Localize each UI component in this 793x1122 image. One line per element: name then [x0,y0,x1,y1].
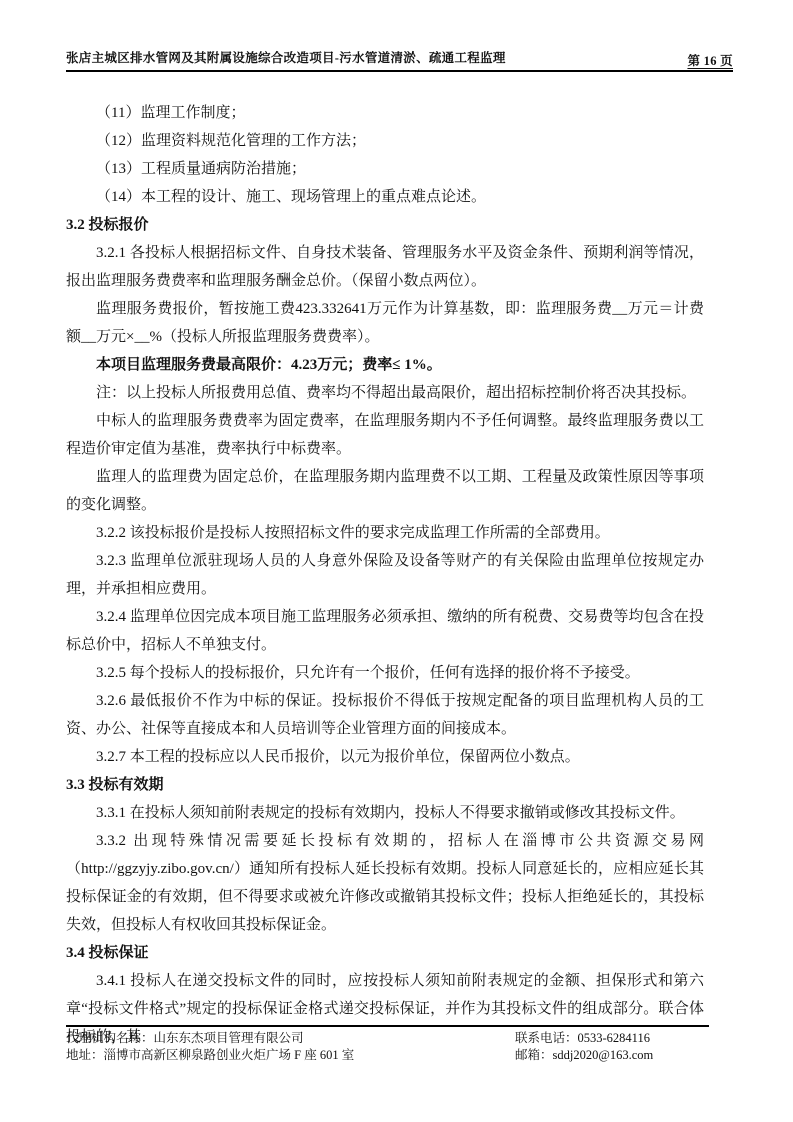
paragraph-3-3-1: 3.3.1 在投标人须知前附表规定的投标有效期内，投标人不得要求撤销或修改其投标… [66,799,704,827]
paragraph-3-2-5: 3.2.5 每个投标人的投标报价，只允许有一个报价，任何有选择的报价将不予接受。 [66,659,704,687]
document-body: （11）监理工作制度； （12）监理资料规范化管理的工作方法； （13）工程质量… [66,99,704,1051]
paragraph-fixed-rate: 中标人的监理服务费费率为固定费率，在监理服务期内不予任何调整。最终监理服务费以工… [66,407,704,463]
paragraph-3-2-3: 3.2.3 监理单位派驻现场人员的人身意外保险及设备等财产的有关保险由监理单位按… [66,547,704,603]
paragraph-3-2-1: 3.2.1 各投标人根据招标文件、自身技术装备、管理服务水平及资金条件、预期利润… [66,239,704,295]
section-heading-3-2: 3.2 投标报价 [66,211,704,239]
paragraph-3-3-2: 3.3.2 出现特殊情况需要延长投标有效期的，招标人在淄博市公共资源交易网（ht… [66,827,704,939]
footer-agency-name: 代理机构名称：山东东杰项目管理有限公司 [66,1030,515,1047]
document-page: { "doc": { "header": { "title": "张店主城区排水… [0,0,793,1122]
footer-address: 地址：淄博市高新区柳泉路创业火炬广场 F 座 601 室 [66,1047,515,1064]
page-header: 张店主城区排水管网及其附属设施综合改造项目-污水管道清淤、疏通工程监理 第 16… [66,48,733,72]
page-footer: 代理机构名称：山东东杰项目管理有限公司 联系电话：0533-6284116 地址… [66,1025,709,1063]
list-item-14: （14）本工程的设计、施工、现场管理上的重点难点论述。 [66,183,704,211]
paragraph-3-2-7: 3.2.7 本工程的投标应以人民币报价，以元为报价单位，保留两位小数点。 [66,743,704,771]
paragraph-fee-formula: 监理服务费报价，暂按施工费423.332641万元作为计算基数，即：监理服务费_… [66,295,704,351]
footer-phone: 联系电话：0533-6284116 [515,1030,709,1047]
header-page-number: 第 16 页 [687,51,733,69]
paragraph-price-limit: 本项目监理服务费最高限价：4.23万元；费率≤ 1%。 [66,351,704,379]
section-heading-3-4: 3.4 投标保证 [66,939,704,967]
paragraph-3-2-6: 3.2.6 最低报价不作为中标的保证。投标报价不得低于按规定配备的项目监理机构人… [66,687,704,743]
list-item-12: （12）监理资料规范化管理的工作方法； [66,127,704,155]
list-item-13: （13）工程质量通病防治措施； [66,155,704,183]
paragraph-note: 注：以上投标人所报费用总值、费率均不得超出最高限价，超出招标控制价将否决其投标。 [66,379,704,407]
list-item-11: （11）监理工作制度； [66,99,704,127]
header-project-title: 张店主城区排水管网及其附属设施综合改造项目-污水管道清淤、疏通工程监理 [66,48,506,66]
footer-email: 邮箱：sddj2020@163.com [515,1047,709,1064]
paragraph-fixed-total: 监理人的监理费为固定总价，在监理服务期内监理费不以工期、工程量及政策性原因等事项… [66,463,704,519]
paragraph-3-2-4: 3.2.4 监理单位因完成本项目施工监理服务必须承担、缴纳的所有税费、交易费等均… [66,603,704,659]
paragraph-3-2-2: 3.2.2 该投标报价是投标人按照招标文件的要求完成监理工作所需的全部费用。 [66,519,704,547]
section-heading-3-3: 3.3 投标有效期 [66,771,704,799]
